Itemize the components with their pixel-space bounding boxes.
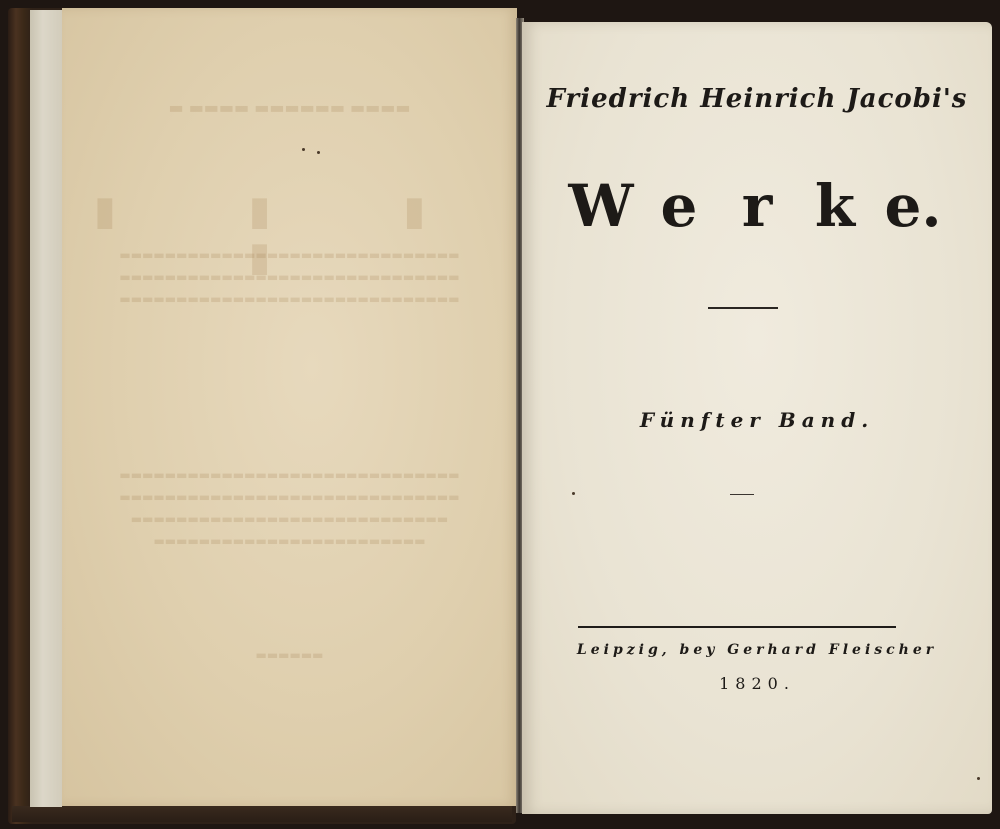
paper-speck — [572, 492, 575, 495]
title-letter: k — [796, 172, 874, 240]
show-through-line: ▬▬▬▬▬▬ — [62, 648, 517, 662]
title-page: Friedrich Heinrich Jacobi's Werke. Fünft… — [522, 22, 992, 814]
show-through-title: ▮ ▮ ▮ ▮ — [62, 188, 517, 280]
publication-year: 1820. — [522, 674, 992, 693]
volume-label: Fünfter Band. — [522, 408, 992, 432]
show-through-line: ▬ ▬▬▬▬ ▬▬▬▬▬▬ ▬▬▬▬ — [62, 98, 517, 117]
imprint-rule — [578, 626, 896, 628]
imprint-line: Leipzig, bey Gerhard Fleischer — [522, 642, 992, 658]
show-through-line: ▬▬▬▬▬▬▬▬▬▬▬▬▬▬▬▬▬▬▬▬▬▬▬▬▬▬▬▬▬▬ — [62, 270, 517, 284]
title-letter: e — [640, 172, 718, 240]
left-page-verso: ▬ ▬▬▬▬ ▬▬▬▬▬▬ ▬▬▬▬ ▮ ▮ ▮ ▮ ▬▬▬▬▬▬▬▬▬▬▬▬▬… — [62, 8, 517, 806]
show-through-line: ▬▬▬▬▬▬▬▬▬▬▬▬▬▬▬▬▬▬▬▬▬▬▬▬▬▬▬▬ — [62, 512, 517, 526]
paper-speck — [977, 777, 980, 780]
flyleaf — [30, 10, 62, 807]
paper-speck — [302, 148, 305, 151]
paper-speck — [317, 151, 320, 154]
show-through-line: ▬▬▬▬▬▬▬▬▬▬▬▬▬▬▬▬▬▬▬▬▬▬▬▬▬▬▬▬▬▬ — [62, 248, 517, 262]
author-line: Friedrich Heinrich Jacobi's — [522, 84, 992, 114]
title-letter: r — [718, 172, 796, 240]
show-through-line: ▬▬▬▬▬▬▬▬▬▬▬▬▬▬▬▬▬▬▬▬▬▬▬▬ — [62, 534, 517, 548]
decorative-rule-small — [730, 494, 754, 495]
book-cover-bottom-edge — [12, 806, 512, 822]
show-through-line: ▬▬▬▬▬▬▬▬▬▬▬▬▬▬▬▬▬▬▬▬▬▬▬▬▬▬▬▬▬▬ — [62, 490, 517, 504]
work-title: Werke. — [522, 172, 992, 240]
decorative-rule — [708, 307, 778, 309]
title-letter: W — [562, 172, 640, 240]
title-letter: e. — [874, 172, 952, 240]
show-through-line: ▬▬▬▬▬▬▬▬▬▬▬▬▬▬▬▬▬▬▬▬▬▬▬▬▬▬▬▬▬▬ — [62, 468, 517, 482]
show-through-line: ▬▬▬▬▬▬▬▬▬▬▬▬▬▬▬▬▬▬▬▬▬▬▬▬▬▬▬▬▬▬ — [62, 292, 517, 306]
